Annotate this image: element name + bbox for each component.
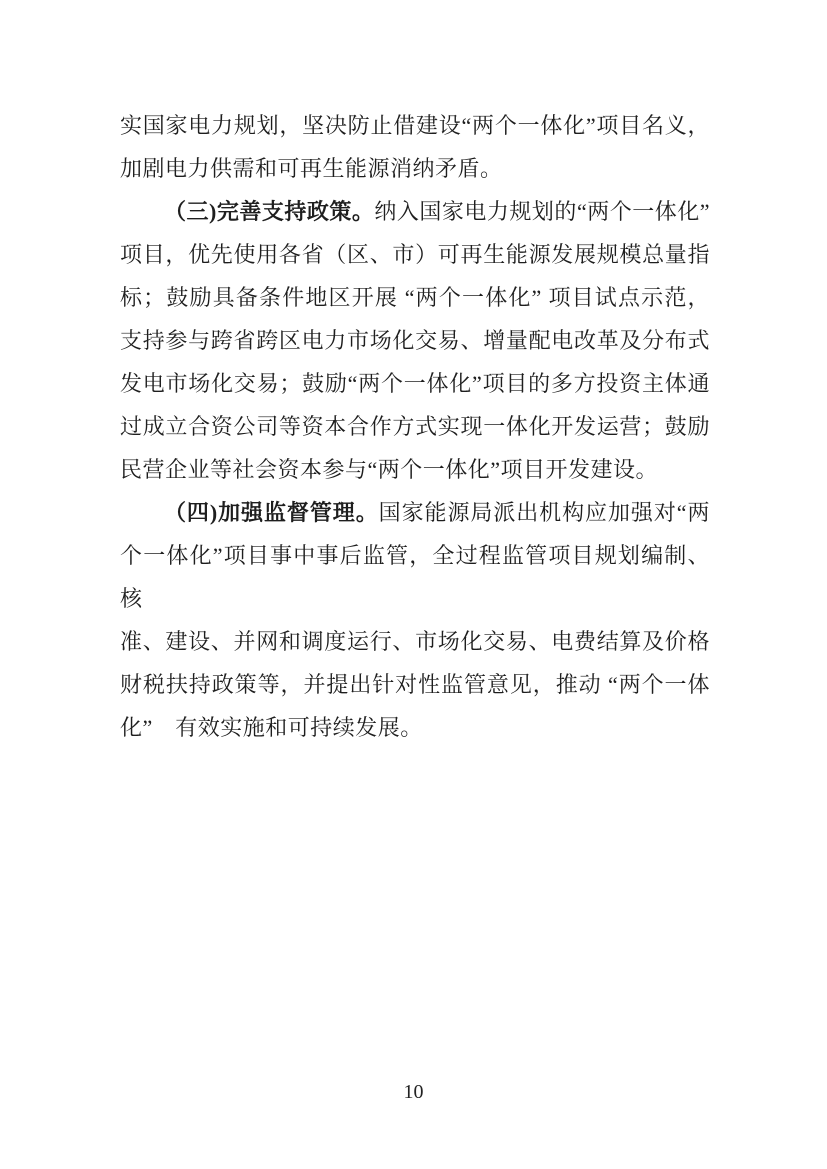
- text-line: 过成立合资公司等资本合作方式实现一体化开发运营；鼓励: [120, 405, 710, 448]
- text-run: 发电市场化交易；鼓励“两个一体化”项目的多方投资主体通: [120, 371, 710, 396]
- text-line: 实国家电力规划，坚决防止借建设“两个一体化”项目名义，: [120, 104, 710, 147]
- section-heading: （三)完善支持政策。: [164, 199, 374, 224]
- section-heading: （四)加强监督管理。: [164, 500, 379, 525]
- document-page: 实国家电力规划，坚决防止借建设“两个一体化”项目名义，加剧电力供需和可再生能源消…: [0, 0, 827, 1169]
- text-line: 加剧电力供需和可再生能源消纳矛盾。: [120, 147, 710, 190]
- text-line: 个一体化”项目事中事后监管，全过程监管项目规划编制、核: [120, 534, 710, 620]
- document-body: 实国家电力规划，坚决防止借建设“两个一体化”项目名义，加剧电力供需和可再生能源消…: [120, 104, 710, 749]
- text-line: 准、建设、并网和调度运行、市场化交易、电费结算及价格: [120, 620, 710, 663]
- text-line: 化” 有效实施和可持续发展。: [120, 706, 710, 749]
- text-run: 化” 有效实施和可持续发展。: [120, 715, 423, 740]
- text-line: （三)完善支持政策。纳入国家电力规划的“两个一体化”: [120, 190, 710, 233]
- text-run: 个一体化”项目事中事后监管，全过程监管项目规划编制、核: [120, 543, 710, 611]
- page-number: 10: [404, 1081, 424, 1103]
- text-line: 发电市场化交易；鼓励“两个一体化”项目的多方投资主体通: [120, 362, 710, 405]
- text-run: 过成立合资公司等资本合作方式实现一体化开发运营；鼓励: [120, 414, 710, 439]
- text-run: 纳入国家电力规划的“两个一体化”: [374, 199, 710, 224]
- text-run: 加剧电力供需和可再生能源消纳矛盾。: [120, 156, 503, 181]
- text-line: （四)加强监督管理。国家能源局派出机构应加强对“两: [120, 491, 710, 534]
- text-line: 财税扶持政策等，并提出针对性监管意见，推动 “两个一体: [120, 663, 710, 706]
- text-run: 支持参与跨省跨区电力市场化交易、增量配电改革及分布式: [120, 328, 710, 353]
- text-line: 项目，优先使用各省（区、市）可再生能源发展规模总量指: [120, 233, 710, 276]
- text-line: 标；鼓励具备条件地区开展 “两个一体化” 项目试点示范，: [120, 276, 710, 319]
- text-run: 标；鼓励具备条件地区开展 “两个一体化” 项目试点示范，: [120, 285, 710, 310]
- page-footer: 10: [0, 1078, 827, 1106]
- text-run: 准、建设、并网和调度运行、市场化交易、电费结算及价格: [120, 629, 710, 654]
- text-run: 国家能源局派出机构应加强对“两: [379, 500, 710, 525]
- text-run: 项目，优先使用各省（区、市）可再生能源发展规模总量指: [120, 242, 710, 267]
- text-line: 支持参与跨省跨区电力市场化交易、增量配电改革及分布式: [120, 319, 710, 362]
- text-run: 民营企业等社会资本参与“两个一体化”项目开发建设。: [120, 457, 658, 482]
- text-run: 财税扶持政策等，并提出针对性监管意见，推动 “两个一体: [120, 672, 710, 697]
- text-run: 实国家电力规划，坚决防止借建设“两个一体化”项目名义，: [120, 113, 710, 138]
- text-line: 民营企业等社会资本参与“两个一体化”项目开发建设。: [120, 448, 710, 491]
